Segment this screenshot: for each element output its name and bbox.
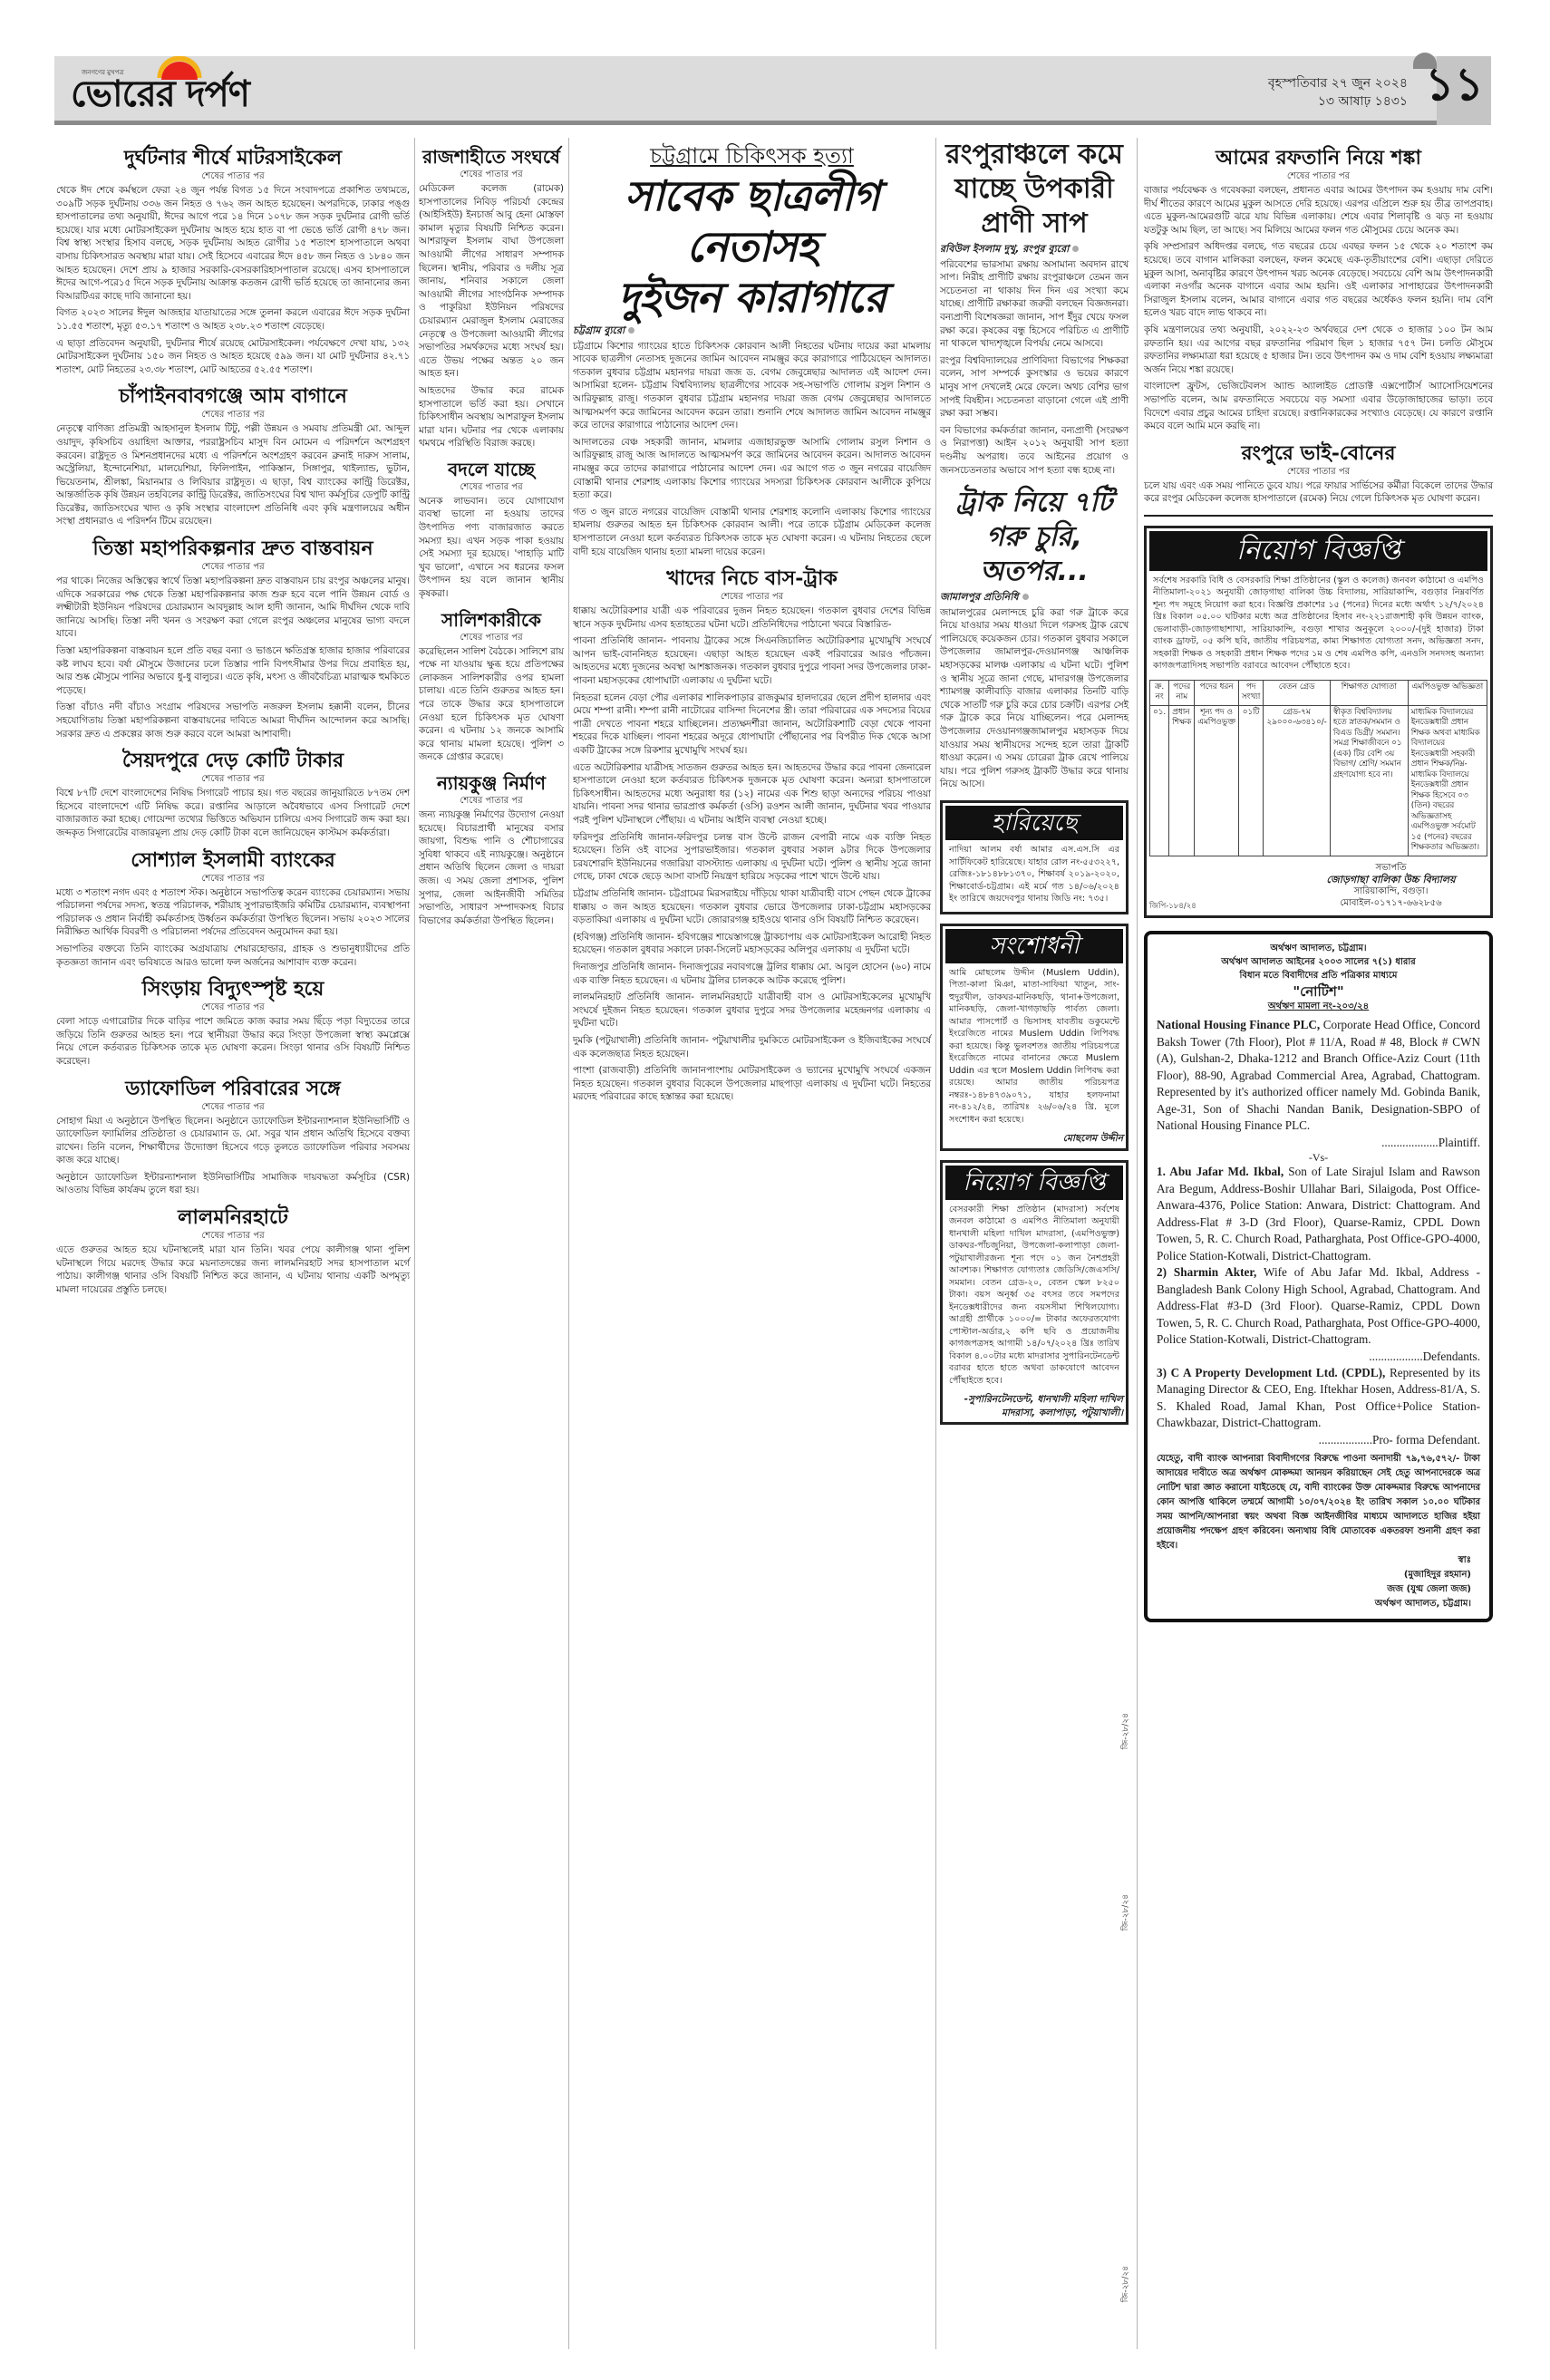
defendants-label: ..................Defendants. <box>1157 1349 1480 1365</box>
paragraph: সোহাগ মিয়া এ অনুষ্ঠানে উপস্থিত ছিলেন। অ… <box>56 1115 410 1167</box>
col-header: শিক্ষাগত যোগ্যতা <box>1330 680 1408 705</box>
col-header: পদ সংখ্যা <box>1238 680 1263 705</box>
paragraph: লালমনিরহাট প্রতিনিধি জানান- লালমনিরহাটে … <box>573 991 931 1030</box>
defendant-3-name: 3) C A Property Development Ltd. (CPDL), <box>1157 1366 1385 1379</box>
notice-body: যেহেতু, বাদী ব্যাংক আপনারা বিবাদীগণের বি… <box>1157 1452 1480 1553</box>
sign-title: সভাপতি <box>1294 862 1487 874</box>
paragraph: ফরিদপুর প্রতিনিধি জানান-ফরিদপুর চলন্ত বা… <box>573 831 931 884</box>
byline-dot-icon <box>1072 246 1079 252</box>
lead-headline-line-2: দুইজন কারাগারে <box>573 272 931 323</box>
story-motorcycle-accidents: দুর্ঘটনার শীর্ষে মাটরসাইকেল শেষের পাতার … <box>56 145 410 376</box>
paragraph: (হবিগঞ্জ) প্রতিনিধি জানান- হবিগঞ্জের শায… <box>573 931 931 957</box>
lead-story: চট্টগ্রামে চিকিৎসক হত্যা সাবেক ছাত্রলীগ … <box>573 141 931 558</box>
sig-label: স্বাঃ <box>1157 1553 1480 1568</box>
sig-court: অর্থঋণ আদালত, চট্টগ্রাম। <box>1157 1597 1480 1611</box>
defendant-3: 3) C A Property Development Ltd. (CPDL),… <box>1157 1365 1480 1432</box>
newspaper-logo: ভোরের দর্পণ <box>71 76 249 112</box>
continued-label: শেষের পাতার পর <box>419 481 564 493</box>
headline: খাদের নিচে বাস-ট্রাক <box>573 566 931 591</box>
paragraph: থেকে ঈদ শেষে কর্মস্থলে ফেরা ২৪ জুন পর্যন… <box>56 184 410 303</box>
story-nyaykunja: ন্যায়কুঞ্জ নির্মাণ শেষের পাতার পর জন্য … <box>419 771 564 927</box>
cell: প্রধান শিক্ষক <box>1169 705 1195 856</box>
headline: আমের রফতানি নিয়ে শঙ্কা <box>1144 145 1493 170</box>
cell: ০১টি <box>1238 705 1263 856</box>
column-1: দুর্ঘটনার শীর্ষে মাটরসাইকেল শেষের পাতার … <box>56 138 410 1300</box>
paragraph: জন্য ন্যায়কুঞ্জ নির্মাণের উদ্যোগ নেওয়া… <box>419 808 564 927</box>
plaintiff-label: ...................Plaintiff. <box>1157 1135 1480 1151</box>
story-snakes: রংপুরাঞ্চলে কমে যাচ্ছে উপকারী প্রাণী সাপ… <box>940 138 1129 477</box>
headline: রাজশাহীতে সংঘর্ষে <box>419 145 564 169</box>
cell: ০১. <box>1150 705 1169 856</box>
masthead-date: বৃহস্পতিবার ২৭ জুন ২০২৪ ১৩ আষাঢ় ১৪৩১ <box>1268 74 1408 111</box>
byline-text: জামালপুর প্রতিনিধি <box>940 591 1019 603</box>
byline-dot-icon <box>628 327 635 334</box>
law-line-1: অর্থঋণ আদালত আইনের ২০০৩ সালের ৭(১) ধারার <box>1157 955 1480 969</box>
headline: চাঁপাইনবাবগঞ্জে আম বাগানে <box>56 383 410 409</box>
paragraph: তিস্তা মহাপরিকল্পনা বাস্তবায়ন হলে প্রতি… <box>56 644 410 697</box>
col-header: পদের ধরন <box>1195 680 1239 705</box>
job-table: ক্র. নং পদের নাম পদের ধরন পদ সংখ্যা বেতন… <box>1149 680 1487 856</box>
sig-title: জজ (যুগ্ম জেলা জজ) <box>1157 1582 1480 1597</box>
paragraph: বিগত ২০২৩ সালের ঈদুল আজহার যাতায়াতের সঙ… <box>56 306 410 333</box>
byline-text: রবিউল ইসলাম দুখু, রংপুর ব্যুরো <box>940 243 1069 255</box>
byline: চট্টগ্রাম ব্যুরো <box>573 324 931 338</box>
defendant-2-name: 2) Sharmin Akter, <box>1157 1265 1256 1279</box>
paragraph: কৃষি মন্ত্রণালয়ের তথ্য অনুযায়ী, ২০২২-২… <box>1144 324 1493 376</box>
paragraph: তিস্তা বাঁচাও নদী বাঁচাও সংগ্রাম পরিষদের… <box>56 701 410 740</box>
paragraph: দুমকি (পটুয়াখালী) প্রতিনিধি জানান- পটুয… <box>573 1034 931 1060</box>
continued-label: শেষের পাতার পর <box>573 591 931 603</box>
paragraph: বেলা সাড়ে এগারোটার দিকে বাড়ির পাশে জমি… <box>56 1015 410 1068</box>
law-line-2: বিধান মতে বিবাদীদের প্রতি পত্রিকার মাধ্য… <box>1157 969 1480 982</box>
headline: সিংড়ায় বিদ্যুৎস্পৃষ্ট হয়ে <box>56 976 410 1001</box>
story-saidpur: সৈয়দপুরে দেড় কোটি টাকার শেষের পাতার পর… <box>56 748 410 839</box>
col-header: এমপিওভুক্ত অভিজ্ঞতা <box>1408 680 1487 705</box>
story-social-islami-bank: সোশ্যাল ইসলামী ব্যাংকের শেষের পাতার পর ম… <box>56 847 410 970</box>
headline: তিস্তা মহাপরিকল্পনার দ্রুত বাস্তবায়ন <box>56 536 410 561</box>
defendant-2: 2) Sharmin Akter, Wife of Abu Jafar Md. … <box>1157 1264 1480 1349</box>
court-notice: অর্থঋণ আদালত, চট্টগ্রাম। অর্থঋণ আদালত আই… <box>1144 931 1493 1621</box>
paragraph: কৃষি সম্প্রসারণ অধিদপ্তর বলছে, গত বছরের … <box>1144 240 1493 320</box>
story-mango-export: আমের রফতানি নিয়ে শঙ্কা শেষের পাতার পর ব… <box>1144 145 1493 433</box>
ad-signature: মোছলেম উদ্দীন <box>945 1132 1123 1146</box>
headline: সোশ্যাল ইসলামী ব্যাংকের <box>56 847 410 873</box>
paragraph: বন বিভাগের কর্মকর্তারা জানান, বন্যপ্রাণী… <box>940 424 1129 477</box>
story-mango-garden: চাঁপাইনবাবগঞ্জে আম বাগানে শেষের পাতার পর… <box>56 383 410 528</box>
date-bengali: ১৩ আষাঢ় ১৪৩১ <box>1268 92 1408 111</box>
continued-label: শেষের পাতার পর <box>419 169 564 180</box>
defendant-1-name: 1. Abu Jafar Md. Ikbal, <box>1157 1165 1284 1178</box>
paragraph: বাংলাদেশ ফ্রুটস, ভেজিটেবলস অ্যান্ড অ্যাল… <box>1144 380 1493 432</box>
proforma-label: ..................Pro- forma Defendant. <box>1157 1432 1480 1448</box>
sign-org: জোড়গাছা বালিকা উচ্চ বিদ্যালয় <box>1294 874 1487 885</box>
paragraph: পর থাকে। নিজের অস্তিত্বের স্বার্থে তিস্ত… <box>56 575 410 641</box>
paragraph: গত ৩ জুন রাতে নগরের বায়েজিদ বোস্তামী থা… <box>573 506 931 558</box>
ad-name-correction: সংশোধনী আমি মোছলেম উদ্দীন (Muslem Uddin)… <box>940 924 1129 1151</box>
ad-code: জি-২৮/২৪ <box>1119 2266 1132 2302</box>
continued-label: শেষের পাতার পর <box>56 1101 410 1113</box>
column-divider <box>935 138 936 2349</box>
paragraph: অনেক লাভবান। তবে যোগাযোগ ব্যবস্থা ভালো ন… <box>419 495 564 601</box>
column-4: রংপুরাঞ্চলে কমে যাচ্ছে উপকারী প্রাণী সাপ… <box>940 138 1129 1425</box>
ad-body: নাদিয়া আলম বর্ষা আমার এস.এস.সি এর সার্ট… <box>945 840 1123 909</box>
column-divider <box>568 138 569 2349</box>
sign-place: সারিয়াকান্দি, বগুড়া। <box>1294 885 1487 897</box>
byline-dot-icon <box>1022 594 1029 600</box>
continued-label: শেষের পাতার পর <box>56 409 410 421</box>
story-changing: বদলে যাচ্ছে শেষের পাতার পর অনেক লাভবান। … <box>419 458 564 601</box>
headline: রংপুরে ভাই-বোনের <box>1144 440 1493 466</box>
story-lalmonirhat: লালমনিরহাটে শেষের পাতার পর এতে গুরুতর আহ… <box>56 1205 410 1296</box>
paragraph: পরিবেশের ভারসাম্য রক্ষায় অসামান্য অবদান… <box>940 258 1129 351</box>
ad-title: নিয়োগ বিজ্ঞপ্তি <box>945 1166 1123 1200</box>
masthead: জনগণের মুখপত্র ভোরের দর্পণ বৃহস্পতিবার ২… <box>54 56 1491 125</box>
notice-title: "নোটিশ" <box>1157 982 1480 1001</box>
lead-headline-line-1: সাবেক ছাত্রলীগ নেতাসহ <box>573 170 931 272</box>
ad-body: বেসরকারী শিক্ষা প্রতিষ্ঠান (মাদরাসা) সর্… <box>945 1200 1123 1391</box>
headline: ট্রাক নিয়ে ৭টি গরু চুরি, অতপর... <box>940 486 1129 589</box>
headline: ন্যায়কুঞ্জ নির্মাণ <box>419 771 564 795</box>
paragraph: আহতদের উদ্ধার করে রামেক হাসপাতালে ভর্তি … <box>419 384 564 450</box>
story-daffodil: ড্যাফোডিল পরিবারের সঙ্গে শেষের পাতার পর … <box>56 1076 410 1198</box>
byline: জামালপুর প্রতিনিধি <box>940 591 1129 605</box>
headline: লালমনিরহাটে <box>56 1205 410 1230</box>
headline: ড্যাফোডিল পরিবারের সঙ্গে <box>56 1076 410 1101</box>
case-number: অর্থঋণ মামলা নং-২০৩/২৪ <box>1157 1001 1480 1014</box>
cell: মাধ্যমিক বিদ্যালয়ের ইনডেক্সধারী প্রধান … <box>1408 705 1487 856</box>
paragraph: এতে অটোরিকশার যাত্রীসহ সাতজন গুরুতর আহত … <box>573 761 931 827</box>
story-rajshahi-clash: রাজশাহীতে সংঘর্ষে শেষের পাতার পর মেডিকেল… <box>419 145 564 450</box>
paragraph: জামালপুরের মেলান্দহে চুরি করা গরু ট্রাকে… <box>940 606 1129 791</box>
paragraph: অনুষ্ঠানে ড্যাফোডিল ইন্টারন্যাশনাল ইউনিভ… <box>56 1171 410 1197</box>
sig-name: (মুজাহিদুর রহমান) <box>1157 1568 1480 1582</box>
paragraph: বাজার পর্যবেক্ষক ও গবেষকরা বলছেন, প্রধান… <box>1144 184 1493 237</box>
column-2: রাজশাহীতে সংঘর্ষে শেষের পাতার পর মেডিকেল… <box>419 138 564 931</box>
story-teesta-plan: তিস্তা মহাপরিকল্পনার দ্রুত বাস্তবায়ন শে… <box>56 536 410 740</box>
paragraph: পাংশা (রাজবাড়ী) প্রতিনিধি জানানপাংশায় … <box>573 1064 931 1104</box>
continued-label: শেষের পাতার পর <box>56 1230 410 1242</box>
paragraph: চলে যায় এবং এক সময় পানিতে ডুবে যায়। প… <box>1144 479 1493 506</box>
continued-label: শেষের পাতার পর <box>56 561 410 573</box>
paragraph: নিহতরা হলেন বেড়া পৌর এলাকার শালিকপাড়ার… <box>573 692 931 758</box>
ad-title: সংশোধনী <box>945 929 1123 963</box>
ad-signature: -সুপারিনটেনডেন্ট, ধানখালী মহিলা দাখিল মা… <box>945 1393 1123 1419</box>
page-number-tab: ১১ <box>1437 56 1491 125</box>
ad-job-headmaster: নিয়োগ বিজ্ঞপ্তি সর্বশেষ সরকারি বিধি ও ব… <box>1144 526 1493 919</box>
lead-kicker: চট্টগ্রামে চিকিৎসক হত্যা <box>573 141 931 170</box>
column-5: আমের রফতানি নিয়ে শঙ্কা শেষের পাতার পর ব… <box>1144 138 1493 1622</box>
column-divider <box>414 138 415 2349</box>
ad-job-madrasa: নিয়োগ বিজ্ঞপ্তি বেসরকারী শিক্ষা প্রতিষ্… <box>940 1160 1129 1426</box>
paragraph: চট্টগ্রামে কিশোর গ্যাংয়ের হাতে চিকিৎসক … <box>573 340 931 432</box>
ad-intro: সর্বশেষ সরকারি বিধি ও বেসরকারি শিক্ষা প্… <box>1149 571 1487 676</box>
table-header-row: ক্র. নং পদের নাম পদের ধরন পদ সংখ্যা বেতন… <box>1150 680 1487 705</box>
continued-label: শেষের পাতার পর <box>1144 170 1493 182</box>
continued-label: শেষের পাতার পর <box>1144 466 1493 478</box>
col-header: বেতন গ্রেড <box>1264 680 1330 705</box>
ad-code: জি-২৮/২৪ <box>1119 1894 1132 1930</box>
ad-code: জি-২৮/২৪ <box>1119 1713 1132 1749</box>
ad-body: আমি মোছলেম উদ্দীন (Muslem Uddin), পিতা-ক… <box>945 963 1123 1130</box>
column-divider <box>1137 138 1138 2349</box>
paragraph: এতে গুরুতর আহত হয়ে ঘটনাস্থলেই মারা যান … <box>56 1243 410 1296</box>
versus: -Vs- <box>1157 1151 1480 1165</box>
court-name: অর্থঋণ আদালত, চট্টগ্রাম। <box>1157 942 1480 955</box>
paragraph: মেডিকেল কলেজ (রামেক) হাসপাতালের নিবিড় প… <box>419 182 564 381</box>
ad-title: নিয়োগ বিজ্ঞপ্তি <box>1149 531 1487 571</box>
byline: রবিউল ইসলাম দুখু, রংপুর ব্যুরো <box>940 243 1129 256</box>
paragraph: মধ্যে ৩ শতাংশ নগদ এবং ৫ শতাংশ স্টক। অনুষ… <box>56 886 410 939</box>
story-rangpur-siblings: রংপুরে ভাই-বোনের শেষের পাতার পর চলে যায়… <box>1144 440 1493 506</box>
plaintiff-name: National Housing Finance PLC, <box>1157 1018 1320 1031</box>
col-header: পদের নাম <box>1169 680 1195 705</box>
byline-text: চট্টগ্রাম ব্যুরো <box>573 324 625 336</box>
cell: শূন্য পদ ও এমপিওভুক্ত <box>1195 705 1239 856</box>
headline: বদলে যাচ্ছে <box>419 458 564 481</box>
story-singra: সিংড়ায় বিদ্যুৎস্পৃষ্ট হয়ে শেষের পাতার… <box>56 976 410 1068</box>
continued-label: শেষের পাতার পর <box>419 632 564 643</box>
defendant-1-text: Son of Late Sirajul Islam and Rawson Ara… <box>1157 1165 1480 1263</box>
headline: রংপুরাঞ্চলে কমে যাচ্ছে উপকারী প্রাণী সাপ <box>940 138 1129 241</box>
story-bus-truck: খাদের নিচে বাস-ট্রাক শেষের পাতার পর ধাক্… <box>573 566 931 1104</box>
paragraph: ধাক্কায় অটোরিকশার যাত্রী এক পরিবারের দু… <box>573 605 931 631</box>
paragraph: বিশ্বে ৮৭টি দেশে বাংলাদেশের নিষিদ্ধ সিগা… <box>56 787 410 839</box>
paragraph: রংপুর বিশ্ববিদ্যালয়ের প্রাণিবিদ্যা বিভা… <box>940 354 1129 421</box>
continued-label: শেষের পাতার পর <box>56 873 410 885</box>
headline: দুর্ঘটনার শীর্ষে মাটরসাইকেল <box>56 145 410 170</box>
paragraph: পাবনা প্রতিনিধি জানান- পাবনায় ট্রাকের স… <box>573 634 931 687</box>
plaintiff-block: National Housing Finance PLC, Corporate … <box>1157 1017 1480 1135</box>
paragraph: এ ছাড়া প্রতিবেদন অনুযায়ী, দুর্ঘটনার শী… <box>56 337 410 377</box>
paragraph: চট্টগ্রাম প্রতিনিধি জানান- চট্টগ্রামের ম… <box>573 887 931 927</box>
date-gregorian: বৃহস্পতিবার ২৭ জুন ২০২৪ <box>1268 74 1408 92</box>
ad-lost-certificate: হারিয়েছে নাদিয়া আলম বর্ষা আমার এস.এস.স… <box>940 800 1129 914</box>
headline: সালিশকারীকে <box>419 608 564 632</box>
column-3: চট্টগ্রামে চিকিৎসক হত্যা সাবেক ছাত্রলীগ … <box>573 138 931 1108</box>
section-divider <box>1144 515 1493 517</box>
continued-label: শেষের পাতার পর <box>56 1001 410 1013</box>
cell: গ্রেড-৭ম ২৯০০০-৬৩৪১০/- <box>1264 705 1330 856</box>
ad-title: হারিয়েছে <box>945 806 1123 840</box>
paragraph: করেছিলেন সালিশ বৈঠকে। সালিশে রায় পক্ষে … <box>419 645 564 764</box>
table-row: ০১. প্রধান শিক্ষক শূন্য পদ ও এমপিওভুক্ত … <box>1150 705 1487 856</box>
story-arbitrator: সালিশকারীকে শেষের পাতার পর করেছিলেন সালি… <box>419 608 564 764</box>
story-cattle-theft: ট্রাক নিয়ে ৭টি গরু চুরি, অতপর... জামালপ… <box>940 486 1129 791</box>
continued-label: শেষের পাতার পর <box>419 795 564 807</box>
continued-label: শেষের পাতার পর <box>56 170 410 182</box>
paragraph: সভাপতির বক্তব্যে তিনি ব্যাংকের অগ্রযাত্র… <box>56 943 410 969</box>
headline: সৈয়দপুরে দেড় কোটি টাকার <box>56 748 410 773</box>
paragraph: নেতৃত্বে বাণিজ্য প্রতিমন্ত্রী আহসানুল ইস… <box>56 422 410 528</box>
continued-label: শেষের পাতার পর <box>56 773 410 785</box>
plaintiff-text: Corporate Head Office, Concord Baksh Tow… <box>1157 1018 1480 1132</box>
defendant-1: 1. Abu Jafar Md. Ikbal, Son of Late Sira… <box>1157 1164 1480 1264</box>
paragraph: আদালতের বেঞ্চ সহকারী জানান, মামলার এজাহা… <box>573 436 931 502</box>
col-header: ক্র. নং <box>1150 680 1169 705</box>
page-number: ১১ <box>1425 62 1484 107</box>
cell: স্বীকৃত বিশ্ববিদ্যালয় হতে স্নাতক/সমমান … <box>1330 705 1408 856</box>
paragraph: দিনাজপুর প্রতিনিধি জানান- দিনাজপুরের নবা… <box>573 961 931 987</box>
